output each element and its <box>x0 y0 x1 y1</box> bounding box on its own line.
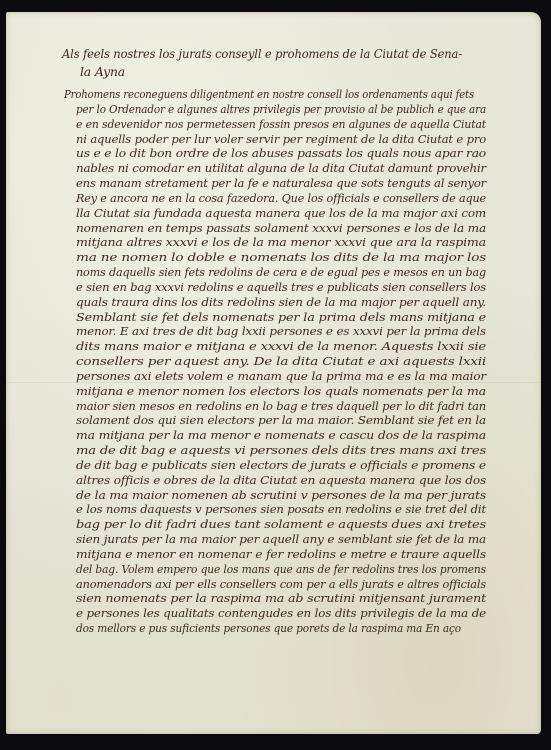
manuscript-line: mitjana e menor nomen los electors los q… <box>76 385 486 398</box>
manuscript-line: consellers per aquest any. De la dita Ci… <box>76 355 486 368</box>
manuscript-line: de la ma maior nomenen ab scrutini v per… <box>76 489 486 502</box>
manuscript-line: ma de dit bag e aquests vi persones dels… <box>76 444 486 457</box>
manuscript-line: e sien en bag xxxvi redolins e aquells t… <box>76 281 486 294</box>
heading-line: Als feels nostres los jurats conseyll e … <box>62 46 462 61</box>
manuscript-line: dits mans maior e mitjana e xxxvi de la … <box>76 340 486 353</box>
manuscript-line: altres officis e obres de la dita Ciutat… <box>76 474 486 487</box>
manuscript-line: de dit bag e publicats sien electors de … <box>76 459 486 472</box>
manuscript-line: solament dos qui sien electors per la ma… <box>76 414 486 427</box>
manuscript-line: ma mitjana per la ma menor e nomenats e … <box>76 429 486 442</box>
manuscript-line: sien jurats per la ma maior per aquell a… <box>76 533 486 546</box>
manuscript-line: quals traura dins los dits redolins sien… <box>76 296 486 309</box>
manuscript-line: persones axi elets volem e manam que la … <box>76 370 486 383</box>
manuscript-line: Rey e ancora ne en la cosa fazedora. Que… <box>76 192 486 205</box>
manuscript-line: mitjana altres xxxvi e los de la ma meno… <box>76 236 486 249</box>
manuscript-line: e en sdevenidor nos permetessen fossin p… <box>76 118 486 131</box>
manuscript-line: noms daquells sien fets redolins de cera… <box>76 266 486 279</box>
manuscript-line: e persones les qualitats contengudes en … <box>76 607 486 620</box>
manuscript-line: menor. E axi tres de dit bag lxxii perso… <box>76 325 486 338</box>
manuscript-line: ni aquells poder per lur voler servir pe… <box>76 133 486 146</box>
manuscript-line: nables ni comodar en utilitat alguna de … <box>76 162 486 175</box>
manuscript-line: anomenadors axi per ells consellers com … <box>76 578 486 591</box>
manuscript-line: ens manam stretament per la fe e natural… <box>76 177 486 190</box>
manuscript-line: del bag. Volem empero que los mans que a… <box>76 563 486 576</box>
manuscript-line: Semblant sie fet dels nomenats per la pr… <box>76 311 486 324</box>
manuscript-line: nomenaren en temps passats solament xxxv… <box>76 222 486 235</box>
manuscript-line: Prohomens reconeguens diligentment en no… <box>64 88 474 101</box>
manuscript-line: lla Ciutat sia fundada aquesta manera qu… <box>76 207 486 220</box>
manuscript-line: ma ne nomen lo doble e nomenats los dits… <box>76 251 486 264</box>
manuscript-line: per lo Ordenador e algunes altres privil… <box>76 103 486 116</box>
manuscript-line: e los noms daquests v persones sien posa… <box>76 503 486 516</box>
manuscript-line: maior sien mesos en redolins en lo bag e… <box>76 400 486 413</box>
manuscript-line: us e e lo dit bon ordre de los abuses pa… <box>76 147 486 160</box>
heading-line: la Ayna <box>80 64 125 79</box>
manuscript-line: dos mellors e pus suficients persones qu… <box>76 622 461 635</box>
manuscript-line: mitjana e menor en nomenar e fer redolin… <box>76 548 486 561</box>
manuscript-line: sien nomenats per la raspima ma ab scrut… <box>76 592 486 605</box>
manuscript-line: bag per lo dit fadri dues tant solament … <box>76 518 486 531</box>
